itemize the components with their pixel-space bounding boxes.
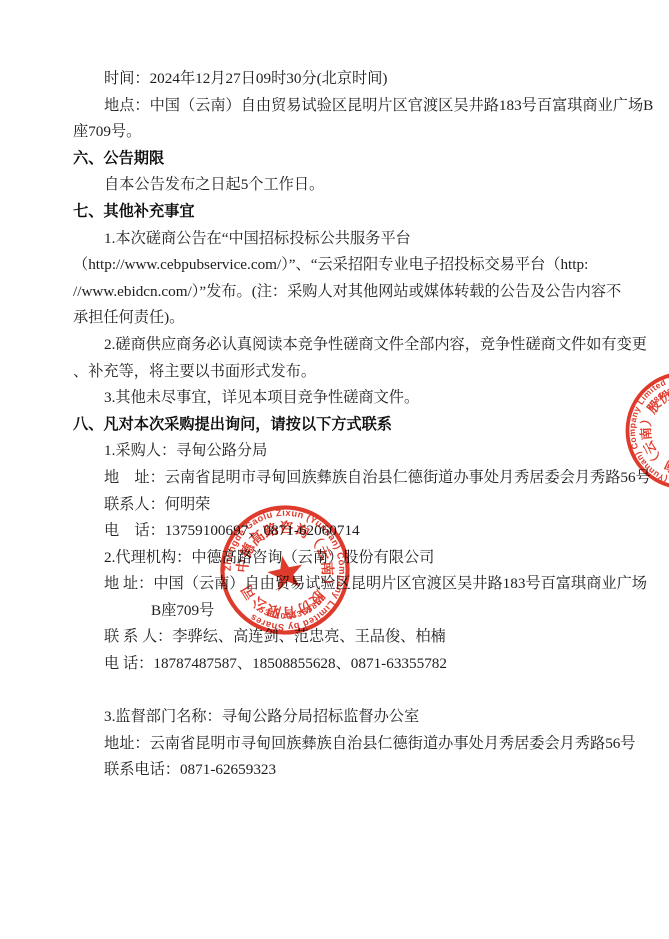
document-line: 座709号。	[73, 119, 618, 146]
document-line: 电 话：13759100697、0871-62060714	[73, 518, 618, 545]
document-page: 时间：2024年12月27日09时30分(北京时间)地点：中国（云南）自由贸易试…	[0, 0, 669, 939]
document-line: 承担任何责任)。	[73, 305, 618, 332]
document-line: 2.代理机构：中德高路咨询（云南）股份有限公司	[73, 545, 618, 572]
seal-serial-number: 5301003385862	[641, 377, 669, 414]
document-line: 2.磋商供应商务必认真阅读本竞争性磋商文件全部内容，竞争性磋商文件如有变更	[73, 332, 618, 359]
document-line: 地点：中国（云南）自由贸易试验区昆明片区官渡区吴井路183号百富琪商业广场B	[73, 93, 618, 120]
section-heading: 六、公告期限	[73, 146, 618, 173]
document-line	[73, 678, 618, 705]
section-heading: 八、凡对本次采购提出询问，请按以下方式联系	[73, 412, 618, 439]
document-line: 时间：2024年12月27日09时30分(北京时间)	[73, 66, 618, 93]
document-line: 1.采购人：寻甸公路分局	[73, 438, 618, 465]
document-line: 电 话：18787487587、18508855628、0871-6335578…	[73, 651, 618, 678]
document-line: 地址：云南省昆明市寻甸回族彝族自治县仁德街道办事处月秀居委会月秀路56号	[73, 731, 618, 758]
document-line: 联 系 人：李骅纭、高连剑、范忠亮、王品俊、柏楠	[73, 624, 618, 651]
document-line: 联系人：何明荣	[73, 492, 618, 519]
document-line: 联系电话：0871-62659323	[73, 757, 618, 784]
document-line: //www.ebidcn.com/）”发布。(注：采购人对其他网站或媒体转载的公…	[73, 279, 618, 306]
section-heading: 七、其他补充事宜	[73, 199, 618, 226]
document-line: 地 址：中国（云南）自由贸易试验区昆明片区官渡区吴井路183号百富琪商业广场	[73, 571, 618, 598]
document-line: 3.其他未尽事宜，详见本项目竞争性磋商文件。	[73, 385, 618, 412]
document-line: B座709号	[73, 598, 618, 625]
document-line: 地 址：云南省昆明市寻甸回族彝族自治县仁德街道办事处月秀居委会月秀路56号	[73, 465, 618, 492]
document-line: 、补充等，将主要以书面形式发布。	[73, 359, 618, 386]
seal-star-icon	[664, 409, 669, 447]
document-line: 1.本次磋商公告在“中国招标投标公共服务平台	[73, 226, 618, 253]
document-body: 时间：2024年12月27日09时30分(北京时间)地点：中国（云南）自由贸易试…	[73, 66, 618, 784]
document-line: 3.监督部门名称：寻甸公路分局招标监督办公室	[73, 704, 618, 731]
document-line: 自本公告发布之日起5个工作日。	[73, 172, 618, 199]
document-line: （http://www.cebpubservice.com/）”、“云采招阳专业…	[73, 252, 618, 279]
